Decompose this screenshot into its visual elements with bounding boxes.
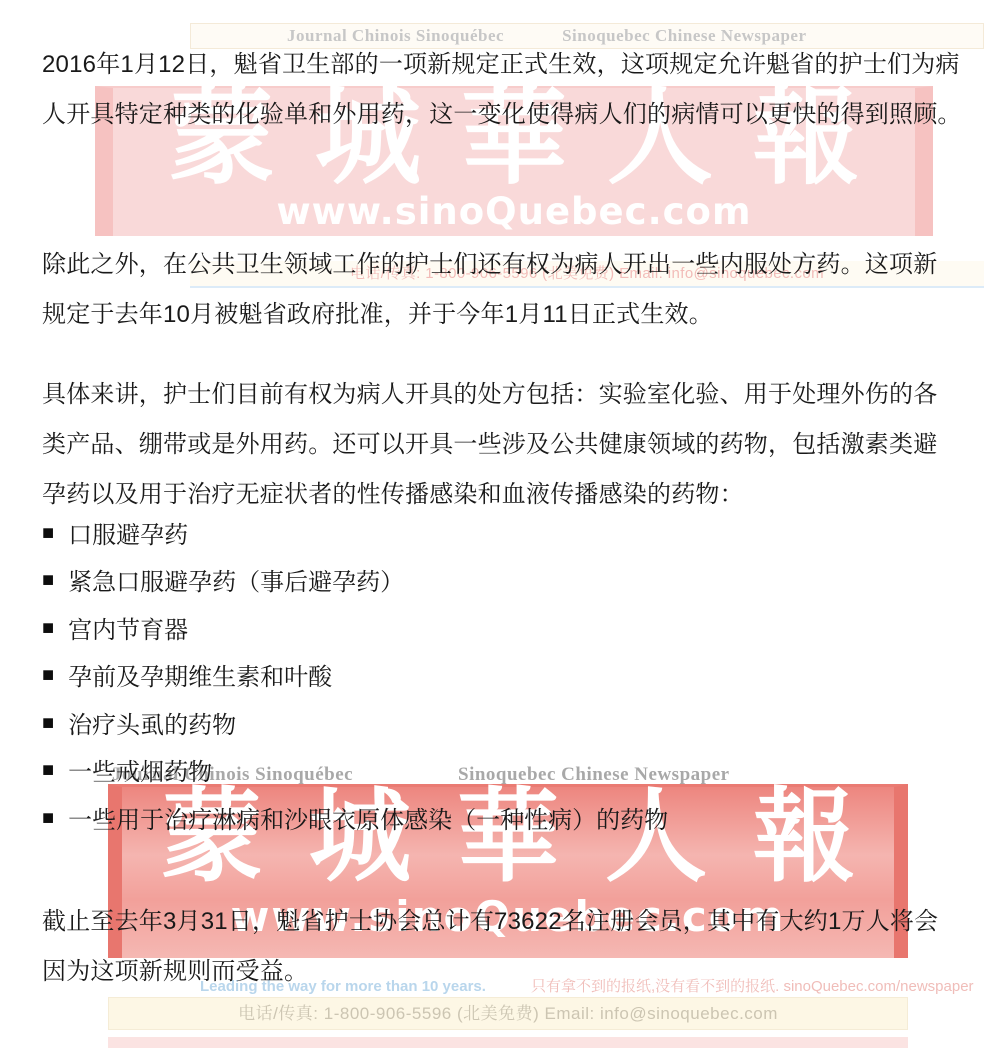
square-bullet-icon: ■ [42,613,54,643]
newspaper-article-page: Journal Chinois Sinoquébec Sinoquebec Ch… [0,0,988,1048]
list-item: ■ 一些用于治疗淋病和沙眼衣原体感染（一种性病）的药物 [42,800,668,835]
paragraph-4-line-2: 因为这项新规则而受益。 [42,951,308,986]
square-bullet-icon: ■ [42,660,54,690]
list-item-text: 宫内节育器 [68,610,188,645]
square-bullet-icon: ■ [42,565,54,595]
paragraph-3-line-1: 具体来讲，护士们目前有权为病人开具的处方包括：实验室化验、用于处理外伤的各 [42,374,937,409]
watermark-contact-band: 电话/传真: 1-800-906-5596 (北美免费) Email: info… [108,997,908,1030]
square-bullet-icon: ■ [42,803,54,833]
list-item-text: 紧急口服避孕药（事后避孕药） [68,562,404,597]
paragraph-1-line-2: 人开具特定种类的化验单和外用药，这一变化使得病人们的病情可以更快的得到照顾。 [42,94,962,129]
list-item: ■ 紧急口服避孕药（事后避孕药） [42,562,404,597]
brand-url-text: www.sinoQuebec.com [276,192,751,232]
slogan-chinese: 只有拿不到的报纸,没有看不到的报纸. sinoQuebec.com/newspa… [531,975,974,996]
square-bullet-icon: ■ [42,708,54,738]
watermark-slogan-row: Leading the way for more than 10 years. … [200,975,974,996]
list-item-text: 孕前及孕期维生素和叶酸 [68,657,332,692]
paragraph-1-line-1: 2016年1月12日，魁省卫生部的一项新规定正式生效，这项规定允许魁省的护士们为… [42,44,960,79]
paragraph-3-line-3: 孕药以及用于治疗无症状者的性传播感染和血液传播感染的药物： [42,474,744,509]
journal-name-french: Journal Chinois Sinoquébec [287,26,504,46]
journal-name-english: Sinoquebec Chinese Newspaper [562,26,806,46]
list-item: ■ 孕前及孕期维生素和叶酸 [42,657,332,692]
paragraph-4-line-1: 截止至去年3月31日，魁省护士协会总计有73622名注册会员，其中有大约1万人将… [42,901,938,936]
square-bullet-icon: ■ [42,518,54,548]
paragraph-2-line-1: 除此之外，在公共卫生领域工作的护士们还有权为病人开出一些内服处方药。这项新 [42,244,937,279]
list-item-text: 一些戒烟药物 [68,752,212,787]
paragraph-2-line-2: 规定于去年10月被魁省政府批准，并于今年1月11日正式生效。 [42,294,713,329]
list-item: ■ 宫内节育器 [42,610,188,645]
list-item: ■ 一些戒烟药物 [42,752,212,787]
list-item-text: 口服避孕药 [68,515,188,550]
list-item: ■ 口服避孕药 [42,515,188,550]
square-bullet-icon: ■ [42,755,54,785]
list-item: ■ 治疗头虱的药物 [42,705,236,740]
list-item-text: 治疗头虱的药物 [68,705,236,740]
watermark-next-tile-edge [108,1037,908,1048]
list-item-text: 一些用于治疗淋病和沙眼衣原体感染（一种性病）的药物 [68,800,668,835]
paragraph-3-line-2: 类产品、绷带或是外用药。还可以开具一些涉及公共健康领域的药物，包括激素类避 [42,424,937,459]
